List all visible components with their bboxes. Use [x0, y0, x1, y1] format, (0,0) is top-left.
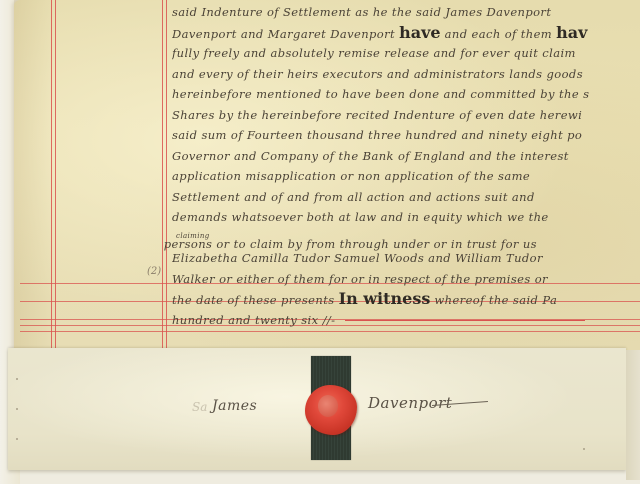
in-witness-heading: In witness	[339, 289, 431, 308]
handwritten-text: said Indenture of Settlement as he the s…	[172, 2, 640, 330]
fold-shadow	[14, 0, 54, 350]
margin-rule-left-2	[55, 0, 56, 350]
text-line-14: Walker or either of them for or in respe…	[172, 269, 640, 290]
wax-seal	[305, 385, 357, 435]
margin-rule-text-2	[166, 0, 167, 350]
line-text: Walker or either of them for or in respe…	[172, 272, 548, 286]
line-text: fully freely and absolutely remise relea…	[172, 46, 576, 60]
closing-rule	[345, 320, 585, 321]
text-line-12: claiming persons or to claim by from thr…	[172, 228, 640, 249]
text-line-16: hundred and twenty six //-	[172, 310, 640, 331]
text-line-13: Elizabetha Camilla Tudor Samuel Woods an…	[172, 248, 640, 269]
edge-mark	[16, 438, 18, 440]
line-text: said sum of Fourteen thousand three hund…	[172, 128, 582, 142]
line-text: Davenport and Margaret Davenport	[172, 27, 395, 41]
line-text: hundred and twenty six	[172, 313, 319, 327]
line-text: the date of these presents	[172, 293, 335, 307]
line-text: demands whatsoever both at law and in eq…	[172, 210, 549, 224]
line-text: said Indenture of Settlement as he the s…	[172, 5, 551, 19]
line-text: and each of them	[445, 27, 552, 41]
text-line-2: Davenport and Margaret Davenport have an…	[172, 23, 640, 44]
line-text: hereinbefore mentioned to have been done…	[172, 87, 589, 101]
text-line-7: said sum of Fourteen thousand three hund…	[172, 125, 640, 146]
line-text: Elizabetha Camilla Tudor Samuel Woods an…	[172, 251, 543, 265]
text-line-5: hereinbefore mentioned to have been done…	[172, 84, 640, 105]
text-line-15: the date of these presents In witness wh…	[172, 289, 640, 310]
text-line-10: Settlement and of and from all action an…	[172, 187, 640, 208]
edge-mark	[583, 448, 585, 450]
text-line-1: said Indenture of Settlement as he the s…	[172, 2, 640, 23]
text-line-9: application misapplication or non applic…	[172, 166, 640, 187]
emphasis-word-edge: hav	[556, 23, 587, 42]
edge-mark	[16, 408, 18, 410]
margin-rule-left-1	[51, 0, 52, 350]
flourish: //-	[323, 313, 336, 327]
interlinear-insertion: claiming	[176, 232, 210, 240]
text-line-3: fully freely and absolutely remise relea…	[172, 43, 640, 64]
line-text: and every of their heirs executors and a…	[172, 67, 583, 81]
text-line-8: Governor and Company of the Bank of Engl…	[172, 146, 640, 167]
signature-ghost: Sa	[192, 400, 207, 414]
text-line-11: demands whatsoever both at law and in eq…	[172, 207, 640, 228]
seal-impression	[318, 395, 338, 417]
emphasis-word: have	[399, 23, 440, 42]
line-text: Governor and Company of the Bank of Engl…	[172, 149, 569, 163]
folio-mark: (2)	[147, 266, 161, 277]
line-text: whereof the said Pa	[434, 293, 557, 307]
line-text: application misapplication or non applic…	[172, 169, 530, 183]
line-text: Shares by the hereinbefore recited Inden…	[172, 108, 582, 122]
flap-edge	[626, 350, 640, 480]
signature-first-name: James	[212, 398, 257, 414]
text-line-6: Shares by the hereinbefore recited Inden…	[172, 105, 640, 126]
edge-mark	[16, 378, 18, 380]
line-text: Settlement and of and from all action an…	[172, 190, 535, 204]
signature-last-name: Davenport	[368, 394, 452, 412]
text-line-4: and every of their heirs executors and a…	[172, 64, 640, 85]
margin-rule-text-1	[162, 0, 163, 350]
bottom-rule-5	[20, 331, 640, 332]
